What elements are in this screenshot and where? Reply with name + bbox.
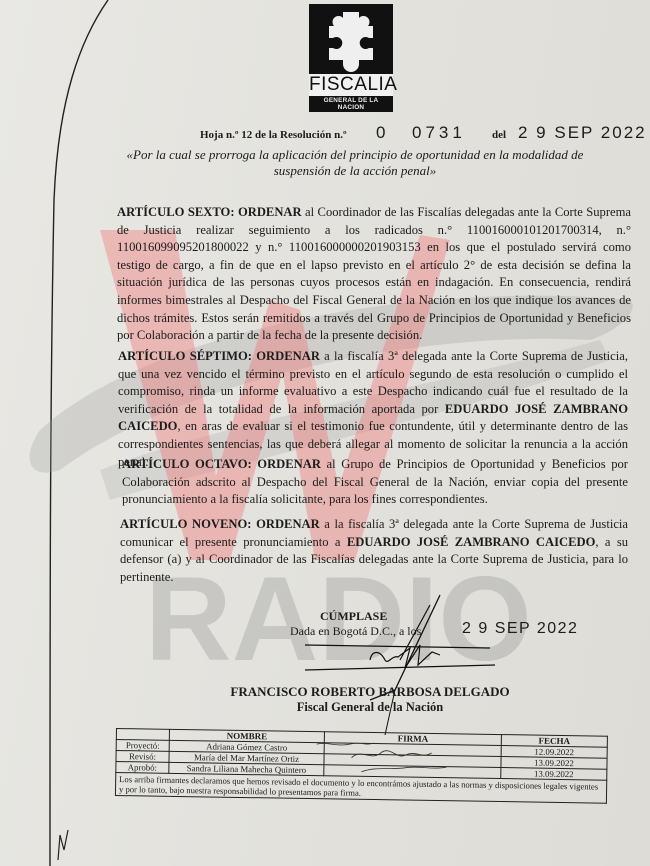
reviewer-signatures — [311, 739, 482, 778]
resolution-subtitle: «Por la cual se prorroga la aplicación d… — [120, 147, 590, 179]
logo-name: FISCALIA — [309, 74, 393, 96]
role-cell: Proyectó: — [116, 740, 169, 752]
fiscalia-logo: FISCALIA GENERAL DE LA NACION — [309, 4, 393, 112]
article-text: al Coordinador de las Fiscalías delegada… — [117, 205, 631, 342]
role-cell: Revisó: — [116, 751, 169, 763]
article-heading: ARTÍCULO SEXTO: — [117, 205, 235, 219]
sheet-label: Hoja n.º 12 de la Resolución n.º — [200, 129, 347, 141]
role-cell: Aprobó: — [116, 762, 169, 774]
given-at-text: Dada en Bogotá D.C., a los — [290, 624, 421, 639]
article-verb: ORDENAR — [256, 517, 320, 531]
resolution-number-prefix: 0 — [376, 123, 387, 143]
article-heading: ARTÍCULO OCTAVO: — [122, 457, 252, 471]
article-heading: ARTÍCULO SÉPTIMO: — [118, 349, 252, 363]
person-name: EDUARDO JOSÉ ZAMBRANO CAICEDO — [347, 535, 596, 549]
article-seventh: ARTÍCULO SÉPTIMO: ORDENAR a la fiscalía … — [118, 348, 628, 471]
column-header — [116, 729, 169, 741]
resolution-date: 2 9 SEP 2022 — [518, 123, 647, 143]
article-heading: ARTÍCULO NOVENO: — [120, 517, 251, 531]
logo-subtitle: GENERAL DE LA NACION — [311, 97, 391, 111]
resolution-number: 0731 — [412, 123, 466, 143]
review-table: NOMBRE FIRMA FECHA Proyectó: Adriana Góm… — [115, 728, 608, 804]
article-sixth: ARTÍCULO SEXTO: ORDENAR al Coordinador d… — [117, 204, 631, 345]
article-verb: ORDENAR — [238, 205, 302, 219]
article-ninth: ARTÍCULO NOVENO: ORDENAR a la fiscalía 3… — [120, 516, 628, 586]
signer-title: Fiscal General de la Nación — [220, 700, 520, 715]
signer-name: FRANCISCO ROBERTO BARBOSA DELGADO — [220, 684, 520, 700]
signature-date-stamp: 2 9 SEP 2022 — [462, 620, 578, 638]
article-eighth: ARTÍCULO OCTAVO: ORDENAR al Grupo de Pri… — [122, 456, 628, 509]
article-verb: ORDENAR — [256, 349, 320, 363]
date-label: del — [492, 129, 506, 141]
article-verb: ORDENAR — [257, 457, 321, 471]
puzzle-piece-icon — [325, 10, 377, 72]
cumplase-label: CÚMPLASE — [320, 609, 387, 624]
resolution-header: Hoja n.º 12 de la Resolución n.º 0 0731 … — [200, 123, 630, 147]
